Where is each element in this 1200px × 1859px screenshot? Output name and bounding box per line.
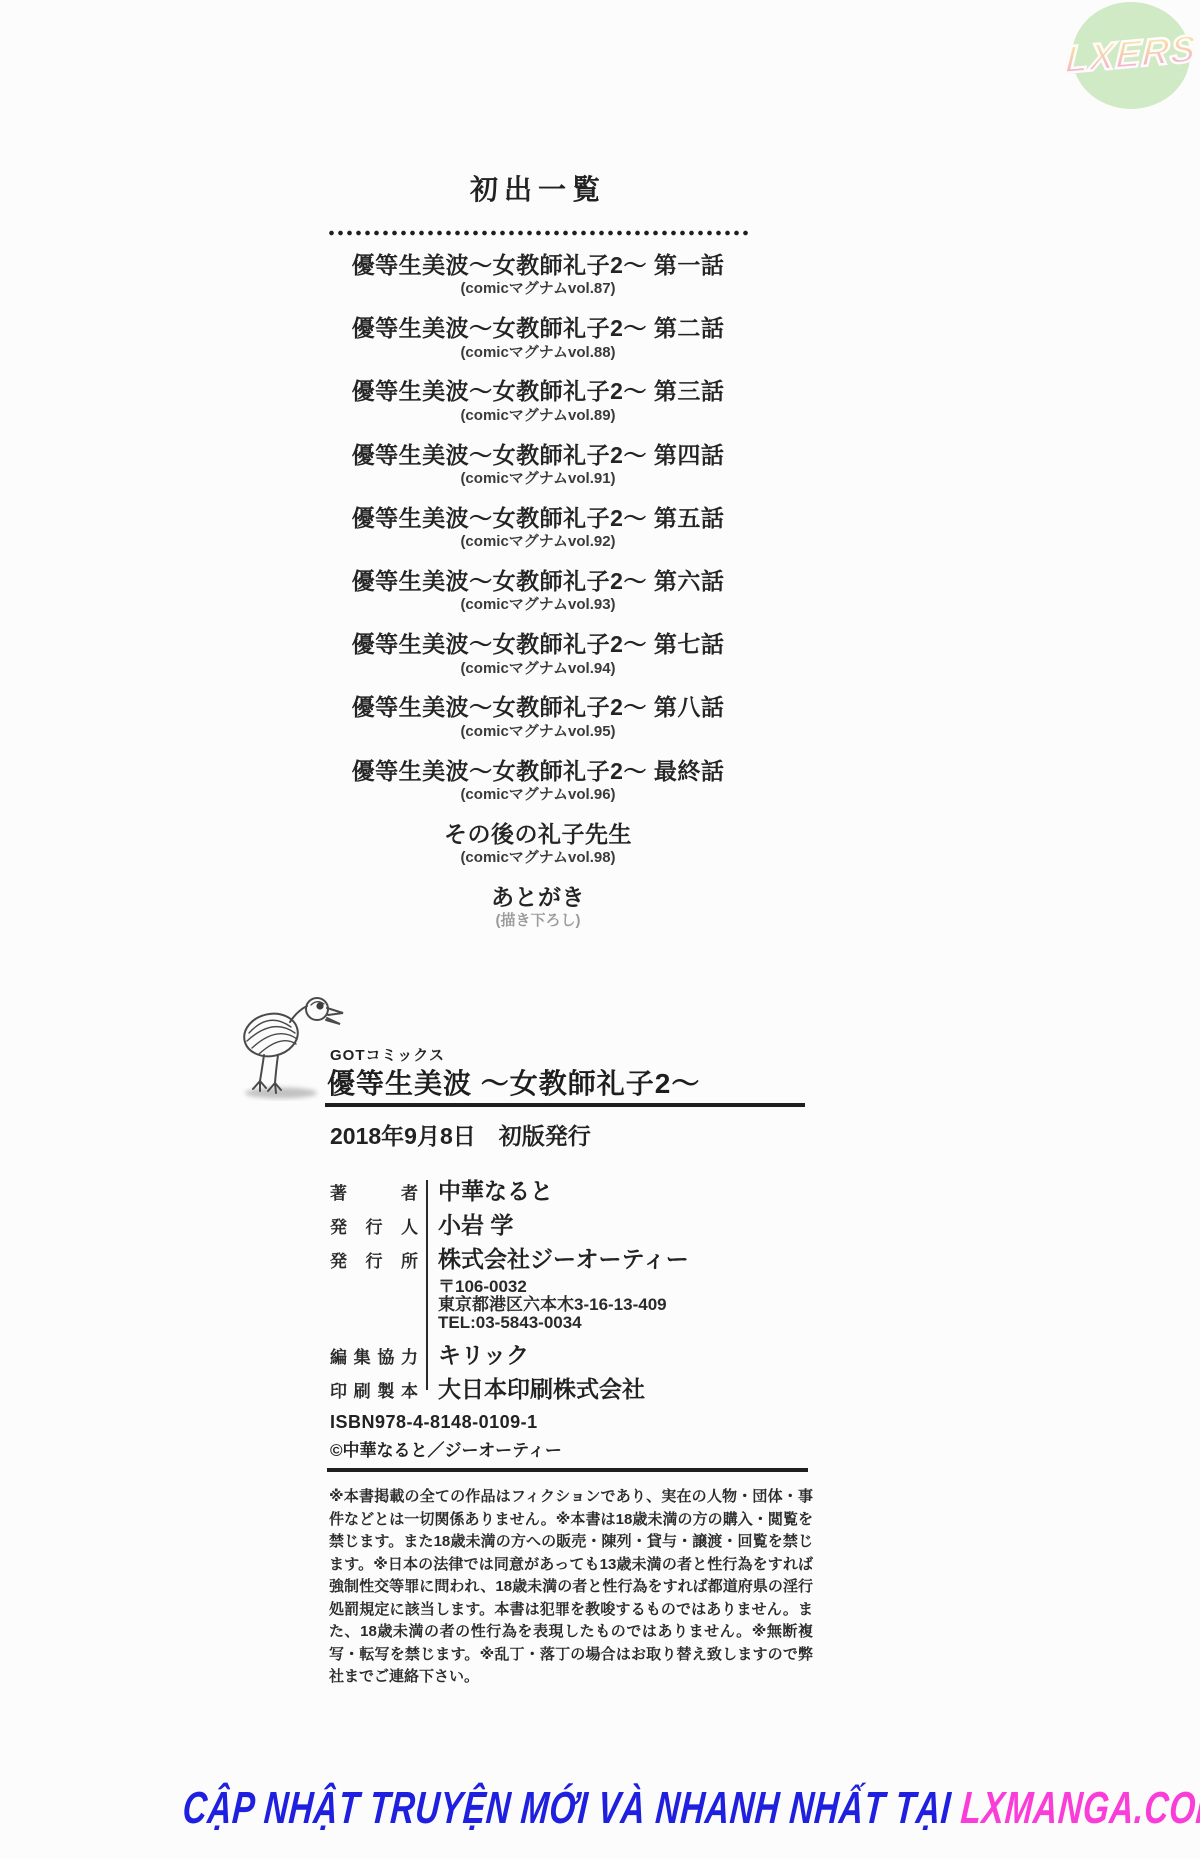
disclaimer-text: ※本書掲載の全ての作品はフィクションであり、実在の人物・団体・事件などとは一切関… (329, 1486, 813, 1689)
credit-block: 発 行 所 株式会社ジーオーティー 〒106-0032東京都港区六本木3-16-… (330, 1244, 800, 1332)
credit-row: 発 行 所 株式会社ジーオーティー (330, 1244, 800, 1274)
publication-entry: 優等生美波～女教師礼子2～ 第二話 (comicマグナムvol.88) (323, 315, 753, 362)
credit-details: 〒106-0032東京都港区六本木3-16-13-409TEL:03-5843-… (438, 1278, 800, 1332)
entry-title: 優等生美波～女教師礼子2～ 第七話 (323, 631, 753, 657)
first-publication-section: 初出一覧 優等生美波～女教師礼子2～ 第一話 (comicマグナムvol.87)… (323, 168, 753, 947)
entry-source: (comicマグナムvol.91) (323, 470, 753, 489)
section-title: 初出一覧 (323, 168, 753, 208)
publication-entry: 優等生美波～女教師礼子2～ 最終話 (comicマグナムvol.96) (323, 758, 753, 805)
publication-entry: 優等生美波～女教師礼子2～ 第七話 (comicマグナムvol.94) (323, 631, 753, 678)
credit-value: 小岩 学 (438, 1210, 513, 1240)
publication-entry: 優等生美波～女教師礼子2～ 第一話 (comicマグナムvol.87) (323, 252, 753, 299)
credits-table: 著 者 中華なると 発 行 人 小岩 学 発 行 所 株式会社ジーオーティー 〒… (330, 1176, 800, 1408)
disclaimer-rule (327, 1468, 808, 1472)
isbn: ISBN978-4-8148-0109-1 (330, 1412, 538, 1433)
footer-message: CẬP NHẬT TRUYỆN MỚI VÀ NHANH NHẤT TẠI (181, 1782, 963, 1833)
credit-detail-line: 東京都港区六本木3-16-13-409 (438, 1296, 800, 1314)
lxers-logo: LXERS (1072, 2, 1190, 109)
credit-label: 著 者 (330, 1179, 418, 1204)
publication-entry: 優等生美波～女教師礼子2～ 第四話 (comicマグナムvol.91) (323, 442, 753, 489)
lxers-logo-text: LXERS (1064, 28, 1197, 83)
entry-source: (描き下ろし) (323, 912, 753, 931)
credit-row: 編集協力 キリック (330, 1340, 800, 1370)
publication-entry: その後の礼子先生 (comicマグナムvol.98) (323, 821, 753, 868)
dotted-divider (327, 230, 749, 236)
entry-title: その後の礼子先生 (323, 821, 753, 847)
entry-source: (comicマグナムvol.98) (323, 849, 753, 868)
credit-label: 編集協力 (330, 1343, 418, 1368)
entry-source: (comicマグナムvol.95) (323, 723, 753, 742)
entry-title: 優等生美波～女教師礼子2～ 最終話 (323, 758, 753, 784)
entry-title: 優等生美波～女教師礼子2～ 第八話 (323, 694, 753, 720)
entry-source: (comicマグナムvol.92) (323, 533, 753, 552)
credit-detail-line: TEL:03-5843-0034 (438, 1314, 800, 1332)
credit-value: 株式会社ジーオーティー (438, 1244, 689, 1274)
publication-entry: 優等生美波～女教師礼子2～ 第三話 (comicマグナムvol.89) (323, 378, 753, 425)
entry-title: 優等生美波～女教師礼子2～ 第六話 (323, 568, 753, 594)
publication-entry: 優等生美波～女教師礼子2～ 第六話 (comicマグナムvol.93) (323, 568, 753, 615)
credit-value: 大日本印刷株式会社 (438, 1374, 645, 1404)
footer-banner-text: CẬP NHẬT TRUYỆN MỚI VÀ NHANH NHẤT TẠI LX… (181, 1782, 1200, 1834)
entry-source: (comicマグナムvol.87) (323, 280, 753, 299)
book-title: 優等生美波 ～女教師礼子2～ (327, 1062, 700, 1102)
entry-source: (comicマグナムvol.96) (323, 786, 753, 805)
entry-title: 優等生美波～女教師礼子2～ 第四話 (323, 442, 753, 468)
credit-row: 印刷製本 大日本印刷株式会社 (330, 1374, 800, 1404)
publication-entry: あとがき (描き下ろし) (323, 884, 753, 931)
credit-block: 印刷製本 大日本印刷株式会社 (330, 1374, 800, 1404)
footer-banner: CẬP NHẬT TRUYỆN MỚI VÀ NHANH NHẤT TẠI LX… (0, 1782, 1200, 1834)
entry-source: (comicマグナムvol.93) (323, 596, 753, 615)
publication-list: 優等生美波～女教師礼子2～ 第一話 (comicマグナムvol.87) 優等生美… (323, 252, 753, 931)
entry-source: (comicマグナムvol.89) (323, 407, 753, 426)
credit-row: 発 行 人 小岩 学 (330, 1210, 800, 1240)
credit-block: 発 行 人 小岩 学 (330, 1210, 800, 1240)
entry-title: 優等生美波～女教師礼子2～ 第一話 (323, 252, 753, 278)
credit-value: 中華なると (438, 1176, 553, 1206)
entry-title: 優等生美波～女教師礼子2～ 第五話 (323, 505, 753, 531)
entry-source: (comicマグナムvol.88) (323, 344, 753, 363)
entry-title: 優等生美波～女教師礼子2～ 第三話 (323, 378, 753, 404)
credit-value: キリック (438, 1340, 529, 1370)
credit-label: 発 行 所 (330, 1247, 418, 1272)
credit-label: 発 行 人 (330, 1213, 418, 1238)
footer-site: LXMANGA.COM (959, 1782, 1200, 1833)
credit-detail-line: 〒106-0032 (438, 1278, 800, 1296)
credit-block: 編集協力 キリック (330, 1340, 800, 1370)
credits-separator-line (426, 1180, 428, 1390)
edition-date: 2018年9月8日 初版発行 (330, 1118, 591, 1151)
manga-credits-page: LXERS 初出一覧 優等生美波～女教師礼子2～ 第一話 (comicマグナムv… (0, 0, 1200, 1859)
credit-label: 印刷製本 (330, 1377, 418, 1402)
publication-entry: 優等生美波～女教師礼子2～ 第八話 (comicマグナムvol.95) (323, 694, 753, 741)
publication-entry: 優等生美波～女教師礼子2～ 第五話 (comicマグナムvol.92) (323, 505, 753, 552)
title-rule (325, 1103, 805, 1107)
entry-source: (comicマグナムvol.94) (323, 660, 753, 679)
entry-title: 優等生美波～女教師礼子2～ 第二話 (323, 315, 753, 341)
copyright: ©中華なると／ジーオーティー (330, 1436, 562, 1461)
credit-row: 著 者 中華なると (330, 1176, 800, 1206)
entry-title: あとがき (323, 884, 753, 910)
credit-block: 著 者 中華なると (330, 1176, 800, 1206)
